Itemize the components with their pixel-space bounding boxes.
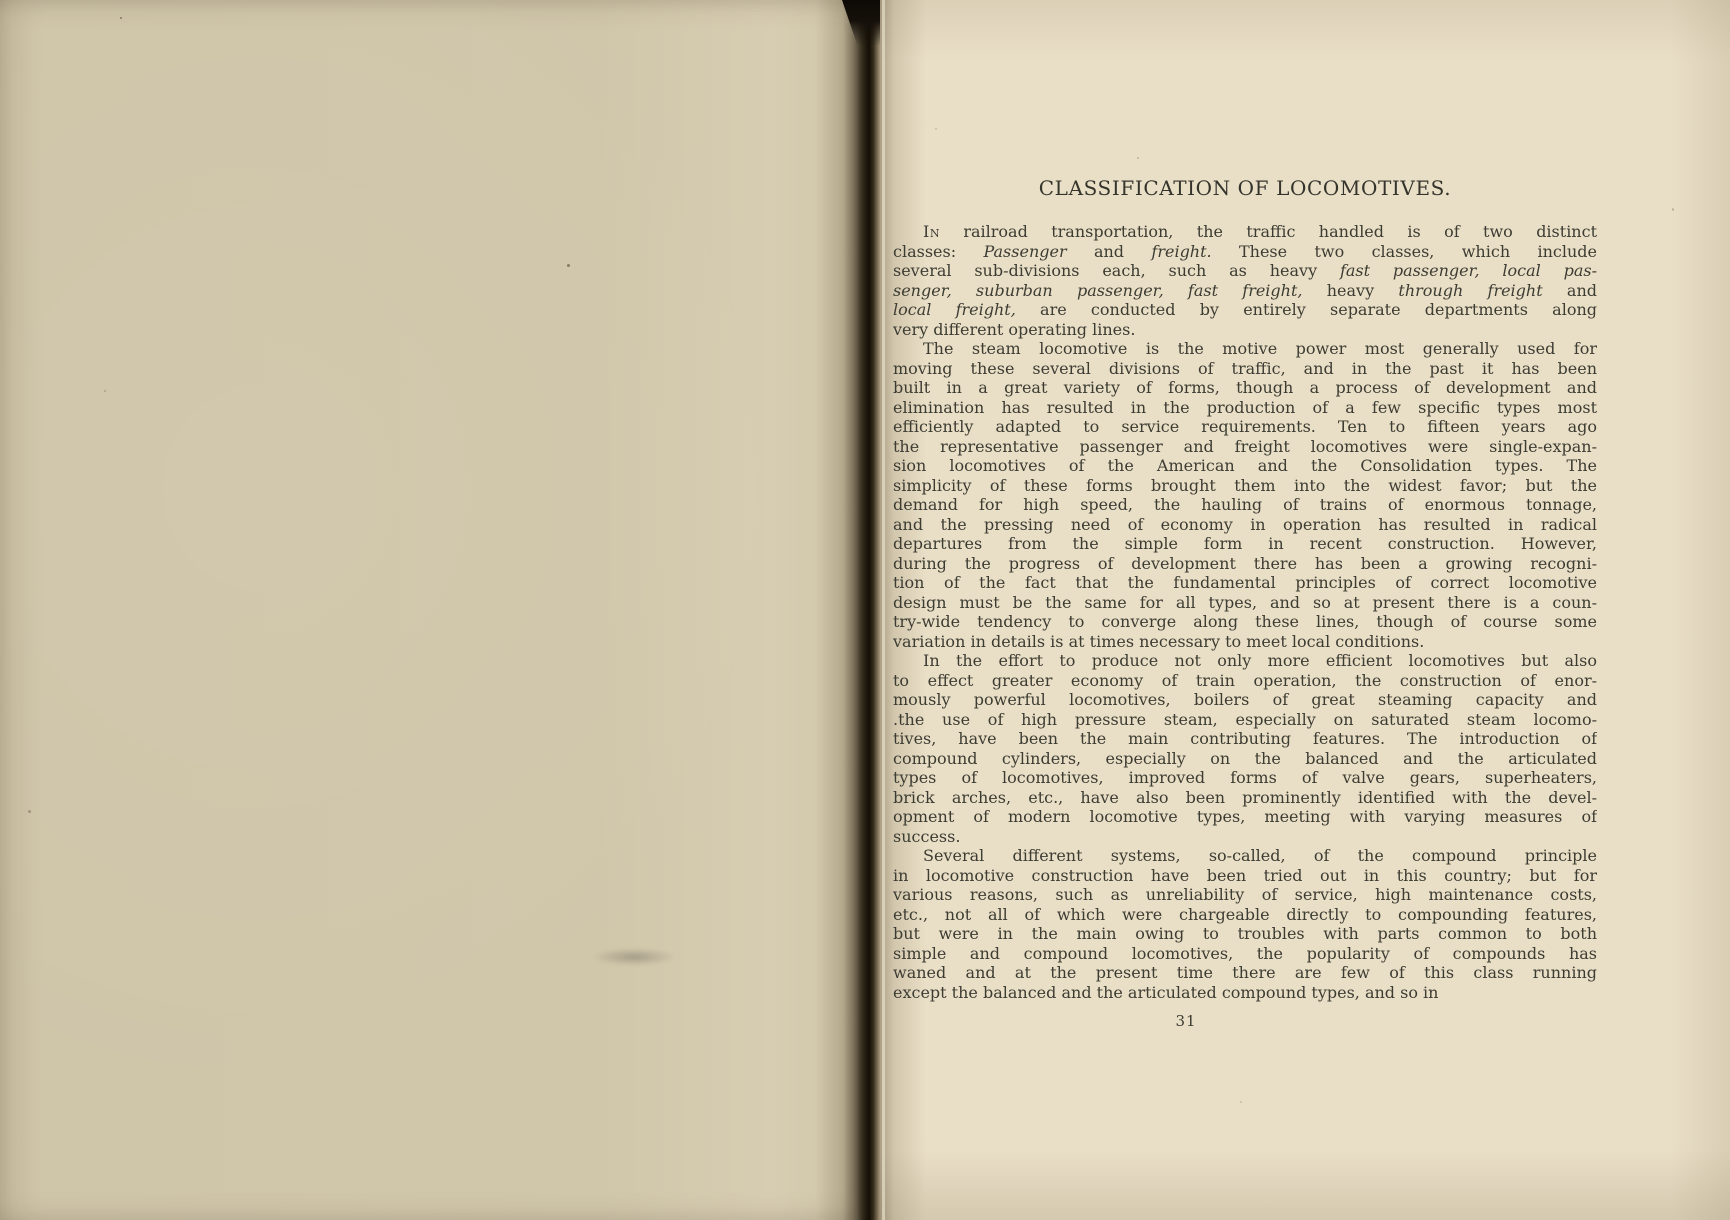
text-segment: the representative passenger and freight…: [893, 437, 1597, 456]
paper-speck: [28, 810, 31, 813]
paper-speck: [104, 390, 106, 392]
text-line: try-wide tendency to converge along thes…: [893, 612, 1597, 632]
book-spread: CLASSIFICATION OF LOCOMOTIVES. In railro…: [0, 0, 1730, 1220]
text-segment: and: [1067, 242, 1152, 261]
pencil-smudge: [592, 948, 676, 966]
text-line: success.: [893, 827, 1597, 847]
text-segment: opment of modern locomotive types, meeti…: [893, 807, 1597, 826]
text-segment: etc., not all of which were chargeable d…: [893, 905, 1597, 924]
text-segment: success.: [893, 827, 960, 846]
text-line: departures from the simple form in recen…: [893, 534, 1597, 554]
left-blank-page: [0, 0, 858, 1220]
text-line: to effect greater economy of train opera…: [893, 671, 1597, 691]
text-line: efficiently adapted to service requireme…: [893, 417, 1597, 437]
text-segment: moving these several divisions of traffi…: [893, 359, 1597, 378]
italic-text: freight.: [1151, 242, 1211, 261]
text-line: except the balanced and the articulated …: [893, 983, 1597, 1003]
italic-text: senger, suburban passenger, fast freight…: [893, 281, 1302, 300]
text-line: very different operating lines.: [893, 320, 1597, 340]
text-segment: demand for high speed, the hauling of tr…: [893, 495, 1597, 514]
text-line: tion of the fact that the fundamental pr…: [893, 573, 1597, 593]
chapter-heading: CLASSIFICATION OF LOCOMOTIVES.: [893, 176, 1597, 200]
text-line: types of locomotives, improved forms of …: [893, 768, 1597, 788]
text-line: elimination has resulted in the producti…: [893, 398, 1597, 418]
text-line: Several different systems, so-called, of…: [893, 846, 1597, 866]
text-line: etc., not all of which were chargeable d…: [893, 905, 1597, 925]
text-line: waned and at the present time there are …: [893, 963, 1597, 983]
text-line: various reasons, such as unreliability o…: [893, 885, 1597, 905]
text-segment: and the pressing need of economy in oper…: [893, 515, 1597, 534]
text-segment: during the progress of development there…: [893, 554, 1597, 573]
text-line: design must be the same for all types, a…: [893, 593, 1597, 613]
text-line: but were in the main owing to troubles w…: [893, 924, 1597, 944]
text-line: brick arches, etc., have also been promi…: [893, 788, 1597, 808]
text-segment: heavy: [1302, 281, 1398, 300]
italic-text: local freight,: [893, 300, 1016, 319]
text-segment: brick arches, etc., have also been promi…: [893, 788, 1597, 807]
text-line: senger, suburban passenger, fast freight…: [893, 281, 1597, 301]
text-line: built in a great variety of forms, thoug…: [893, 378, 1597, 398]
text-line: local freight, are conducted by entirely…: [893, 300, 1597, 320]
text-line: In the effort to produce not only more e…: [893, 651, 1597, 671]
italic-text: through freight: [1398, 281, 1542, 300]
italic-text: Passenger: [983, 242, 1066, 261]
paragraph: The steam locomotive is the motive power…: [893, 339, 1597, 651]
text-segment: efficiently adapted to service requireme…: [893, 417, 1597, 436]
paper-speck: [567, 264, 570, 267]
text-line: the representative passenger and freight…: [893, 437, 1597, 457]
italic-text: fast passenger, local pas-: [1340, 261, 1597, 280]
text-segment: very different operating lines.: [893, 320, 1135, 339]
text-segment: tives, have been the main contributing f…: [893, 729, 1597, 748]
text-segment: in locomotive construction have been tri…: [893, 866, 1597, 885]
paper-speck: [120, 17, 122, 19]
text-segment: design must be the same for all types, a…: [893, 593, 1597, 612]
page-number: 31: [893, 1012, 1597, 1030]
text-segment: These two classes, which include: [1212, 242, 1597, 261]
page-text-column: CLASSIFICATION OF LOCOMOTIVES. In railro…: [893, 176, 1597, 1002]
text-line: during the progress of development there…: [893, 554, 1597, 574]
book-gutter: [856, 0, 880, 1220]
paper-speck: [935, 128, 937, 130]
text-line: tives, have been the main contributing f…: [893, 729, 1597, 749]
text-segment: simplicity of these forms brought them i…: [893, 476, 1597, 495]
text-segment: several sub-divisions each, such as heav…: [893, 261, 1340, 280]
text-segment: sion locomotives of the American and the…: [893, 456, 1597, 475]
paper-speck: [1672, 208, 1674, 211]
text-segment: various reasons, such as unreliability o…: [893, 885, 1597, 904]
text-segment: are conducted by entirely separate depar…: [1016, 300, 1597, 319]
text-line: opment of modern locomotive types, meeti…: [893, 807, 1597, 827]
text-line: several sub-divisions each, such as heav…: [893, 261, 1597, 281]
text-line: In railroad transportation, the traffic …: [893, 222, 1597, 242]
text-segment: waned and at the present time there are …: [893, 963, 1597, 982]
text-line: moving these several divisions of traffi…: [893, 359, 1597, 379]
text-segment: The steam locomotive is the motive power…: [923, 339, 1597, 358]
text-segment: In the effort to produce not only more e…: [923, 651, 1597, 670]
text-line: .the use of high pressure steam, especia…: [893, 710, 1597, 730]
text-segment: except the balanced and the articulated …: [893, 983, 1438, 1002]
text-line: mously powerful locomotives, boilers of …: [893, 690, 1597, 710]
text-segment: and: [1543, 281, 1597, 300]
body-text: In railroad transportation, the traffic …: [893, 222, 1597, 1002]
text-line: simple and compound locomotives, the pop…: [893, 944, 1597, 964]
text-line: classes: Passenger and freight. These tw…: [893, 242, 1597, 262]
smallcaps-text: In: [923, 222, 940, 241]
text-segment: built in a great variety of forms, thoug…: [893, 378, 1597, 397]
paper-speck: [1137, 157, 1139, 159]
text-segment: elimination has resulted in the producti…: [893, 398, 1597, 417]
text-segment: variation in details is at times necessa…: [893, 632, 1424, 651]
paragraph: Several different systems, so-called, of…: [893, 846, 1597, 1002]
text-segment: to effect greater economy of train opera…: [893, 671, 1597, 690]
text-line: simplicity of these forms brought them i…: [893, 476, 1597, 496]
paper-speck: [1240, 1101, 1242, 1103]
text-line: The steam locomotive is the motive power…: [893, 339, 1597, 359]
text-segment: tion of the fact that the fundamental pr…: [893, 573, 1597, 592]
text-line: and the pressing need of economy in oper…: [893, 515, 1597, 535]
text-segment: railroad transportation, the traffic han…: [940, 222, 1597, 241]
text-segment: Several different systems, so-called, of…: [923, 846, 1597, 865]
text-segment: try-wide tendency to converge along thes…: [893, 612, 1597, 631]
text-segment: classes:: [893, 242, 983, 261]
text-segment: but were in the main owing to troubles w…: [893, 924, 1597, 943]
text-line: demand for high speed, the hauling of tr…: [893, 495, 1597, 515]
text-segment: mously powerful locomotives, boilers of …: [893, 690, 1597, 709]
paragraph: In railroad transportation, the traffic …: [893, 222, 1597, 339]
text-line: in locomotive construction have been tri…: [893, 866, 1597, 886]
text-line: variation in details is at times necessa…: [893, 632, 1597, 652]
text-segment: simple and compound locomotives, the pop…: [893, 944, 1597, 963]
text-segment: .the use of high pressure steam, especia…: [893, 710, 1597, 729]
text-segment: types of locomotives, improved forms of …: [893, 768, 1597, 787]
text-line: sion locomotives of the American and the…: [893, 456, 1597, 476]
text-segment: compound cylinders, especially on the ba…: [893, 749, 1597, 768]
paragraph: In the effort to produce not only more e…: [893, 651, 1597, 846]
text-segment: departures from the simple form in recen…: [893, 534, 1597, 553]
text-line: compound cylinders, especially on the ba…: [893, 749, 1597, 769]
